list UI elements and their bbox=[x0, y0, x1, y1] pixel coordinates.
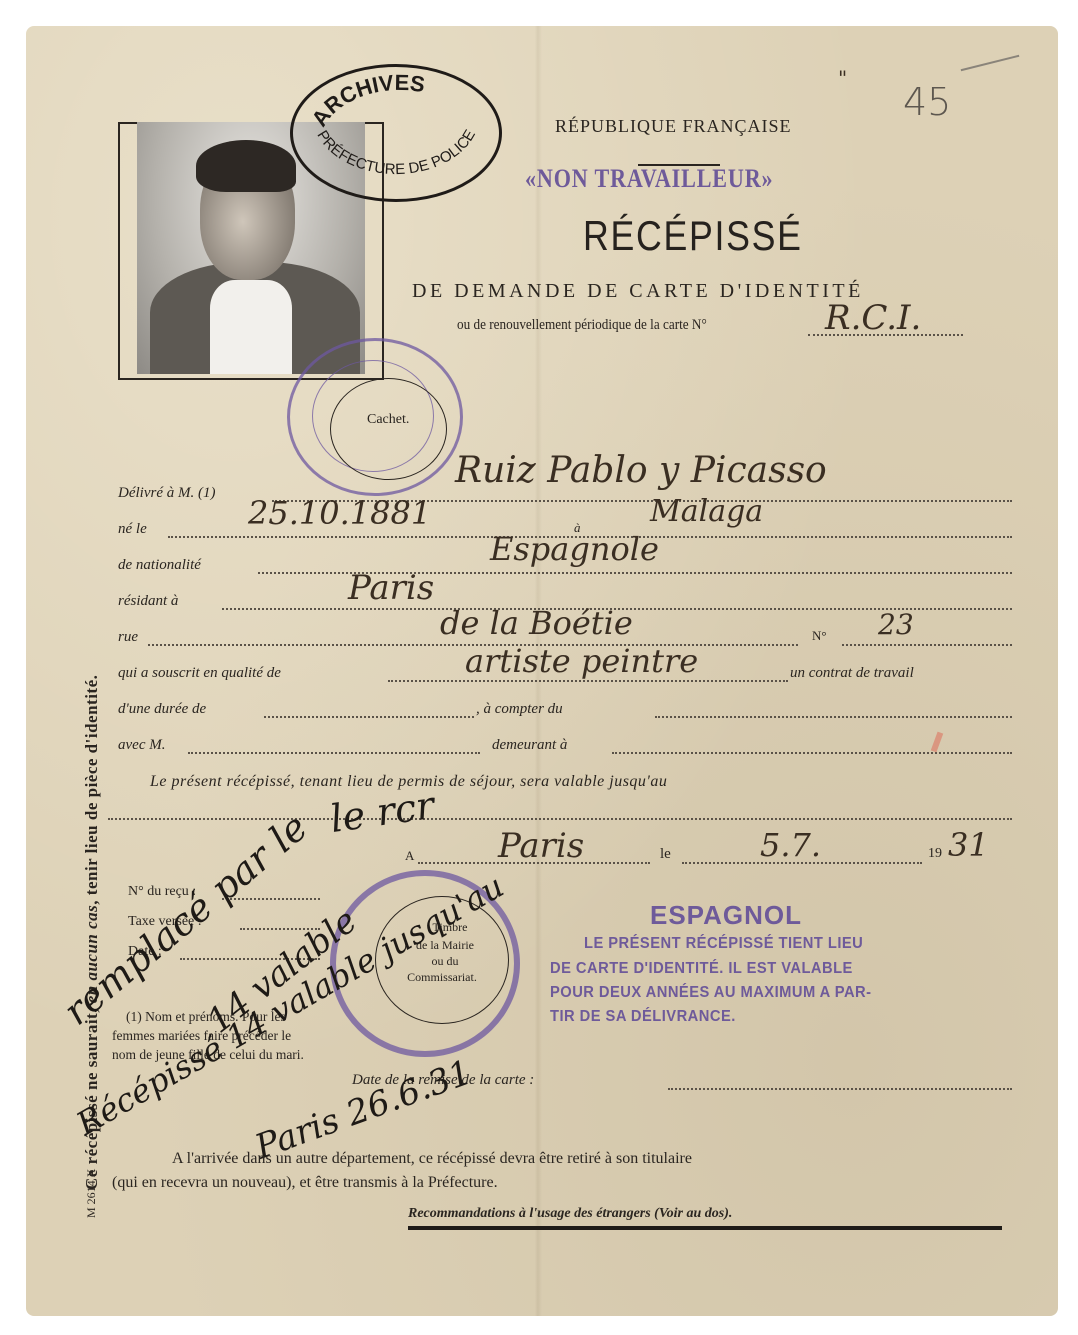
field-label-contrat: un contrat de travail bbox=[790, 665, 914, 682]
field-value-street: de la Boétie bbox=[440, 604, 633, 642]
footer-notice-line1: A l'arrivée dans un autre département, c… bbox=[172, 1150, 692, 1168]
field-label-demeurant: demeurant à bbox=[492, 737, 567, 754]
field-value-residence: Paris bbox=[348, 568, 434, 608]
renewal-label: ou de renouvellement périodique de la ca… bbox=[457, 317, 707, 334]
field-value-street-number: 23 bbox=[878, 608, 914, 641]
side-notice-part3: , tenir lieu de pièce d'identité. bbox=[82, 675, 101, 905]
recommendations-underline bbox=[408, 1226, 1002, 1230]
field-label-avec: avec M. bbox=[118, 737, 165, 754]
field-line-duree bbox=[264, 716, 474, 718]
archives-stamp: ARCHIVES PRÉFECTURE DE POLICE bbox=[290, 64, 502, 202]
espagnol-stamp-line4: TIR DE SA DÉLIVRANCE. bbox=[550, 1008, 736, 1026]
field-value-nationality: Espagnole bbox=[490, 530, 659, 568]
field-line-demeurant bbox=[612, 752, 1012, 754]
field-line-numero bbox=[842, 644, 1012, 646]
issued-place-value: Paris bbox=[498, 826, 584, 866]
field-label-numero: N° bbox=[812, 628, 827, 644]
card-delivery-date-line bbox=[668, 1088, 1012, 1090]
document-title: RÉCÉPISSÉ bbox=[583, 212, 803, 260]
corner-mark: " bbox=[838, 66, 847, 90]
field-line-avec bbox=[188, 752, 480, 754]
field-value-profession: artiste peintre bbox=[465, 642, 698, 680]
timbre-line3: ou du bbox=[400, 954, 490, 969]
field-label-duree: d'une durée de bbox=[118, 701, 206, 718]
page-number-handwritten: 45 bbox=[903, 80, 951, 124]
document-subtitle: DE DEMANDE DE CARTE D'IDENTITÉ bbox=[412, 280, 864, 303]
cachet-circle bbox=[330, 378, 447, 480]
non-travailleur-stamp: «NON TRAVAILLEUR» bbox=[525, 164, 773, 194]
espagnol-stamp-line2: DE CARTE D'IDENTITÉ. IL EST VALABLE bbox=[550, 960, 853, 978]
espagnol-stamp-line3: POUR DEUX ANNÉES AU MAXIMUM A PAR- bbox=[550, 984, 871, 1002]
field-line-qualite bbox=[388, 680, 788, 682]
issued-year-value: 31 bbox=[948, 826, 989, 864]
field-label-residant: résidant à bbox=[118, 593, 178, 610]
validity-dotted-line bbox=[108, 818, 1012, 820]
footer-notice-line2: (qui en recevra un nouveau), et être tra… bbox=[112, 1174, 498, 1192]
field-label-nationalite: de nationalité bbox=[118, 557, 201, 574]
field-value-name: Ruiz Pablo y Picasso bbox=[455, 450, 827, 491]
svg-text:PRÉFECTURE DE POLICE: PRÉFECTURE DE POLICE bbox=[314, 127, 479, 178]
issued-date-value: 5.7. bbox=[760, 826, 821, 864]
field-label-delivre: Délivré à M. (1) bbox=[118, 485, 215, 502]
renewal-card-number: R.C.I. bbox=[825, 298, 921, 338]
photo-shirt-shape bbox=[210, 280, 292, 374]
field-label-compter: , à compter du bbox=[476, 701, 563, 718]
field-value-birthplace: Malaga bbox=[650, 494, 763, 529]
issued-place-label: A bbox=[405, 848, 414, 864]
espagnol-stamp-line1: LE PRÉSENT RÉCÉPISSÉ TIENT LIEU bbox=[584, 935, 863, 953]
field-label-ne-le: né le bbox=[118, 521, 147, 538]
form-code: M 2614 X bbox=[84, 1169, 99, 1218]
field-label-rue: rue bbox=[118, 629, 138, 646]
field-line-compter bbox=[655, 716, 1012, 718]
cachet-label: Cachet. bbox=[367, 412, 409, 428]
republic-heading: RÉPUBLIQUE FRANÇAISE bbox=[555, 116, 792, 137]
photo-hair-shape bbox=[196, 140, 296, 192]
recommendations-link: Recommandations à l'usage des étrangers … bbox=[408, 1206, 732, 1222]
field-value-birthdate: 25.10.1881 bbox=[248, 494, 431, 532]
issued-date-label: le bbox=[660, 846, 671, 863]
svg-text:ARCHIVES: ARCHIVES bbox=[306, 70, 426, 131]
issued-year-prefix: 19 bbox=[928, 846, 942, 862]
espagnol-stamp-title: ESPAGNOL bbox=[650, 900, 802, 931]
field-label-qualite: qui a souscrit en qualité de bbox=[118, 665, 281, 682]
timbre-line4: Commissariat. bbox=[392, 970, 492, 985]
